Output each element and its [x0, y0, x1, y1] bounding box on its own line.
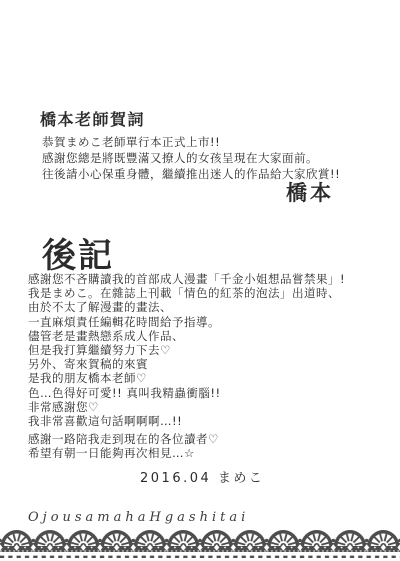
afterword-line: 但是我打算繼續努力下去♡	[28, 343, 345, 357]
afterword-line: 我非常喜歡這句話啊啊啊…!!	[28, 414, 345, 428]
lace-border-icon	[0, 528, 400, 561]
greeting-line: 感謝您總是將既豐滿又撩人的女孩呈現在大家面前。	[42, 150, 340, 166]
afterword-line: 一直麻煩責任編輯花時間給予指導。	[28, 315, 345, 329]
greeting-text: 恭賀まめこ老師單行本正式上市!!感謝您總是將既豐滿又撩人的女孩呈現在大家面前。往…	[42, 134, 340, 183]
afterword-line: 感謝一路陪我走到現在的各位讀者♡	[28, 432, 345, 446]
afterword-text: 感謝您不吝購讀我的首部成人漫畫「千金小姐想品嘗禁果」!我是まめこ。在雜誌上刊載「…	[28, 272, 345, 461]
afterword-line: 色…色得好可愛!! 真叫我精蟲衝腦!!	[28, 386, 345, 400]
afterword-line: 另外、寄來賀稿的來賓	[28, 357, 345, 371]
afterword-heading: 後記	[42, 228, 114, 277]
greeting-heading: 橋本老師賀詞	[40, 107, 145, 130]
greeting-signature: 橋本	[286, 177, 334, 207]
afterword-line: 我是まめこ。在雜誌上刊載「情色的紅茶的泡法」出道時、	[28, 286, 345, 300]
afterword-line: 希望有朝一日能夠再次相見…☆	[28, 446, 345, 460]
afterword-line: 是我的朋友橋本老師♡	[28, 371, 345, 385]
date-signature: 2016.04 まめこ	[140, 467, 264, 486]
afterword-line: 儘管老是畫熱戀系成人作品、	[28, 329, 345, 343]
afterword-line: 感謝您不吝購讀我的首部成人漫畫「千金小姐想品嘗禁果」!	[28, 272, 345, 286]
afterword-page: 橋本老師賀詞 恭賀まめこ老師單行本正式上市!!感謝您總是將既豐滿又撩人的女孩呈現…	[0, 0, 400, 561]
greeting-line: 恭賀まめこ老師單行本正式上市!!	[42, 134, 340, 150]
afterword-line: 由於不太了解漫畫的畫法、	[28, 300, 345, 314]
romaji-title: OjousamahaHgashitai	[28, 510, 249, 525]
afterword-line: 非常感謝您♡	[28, 400, 345, 414]
